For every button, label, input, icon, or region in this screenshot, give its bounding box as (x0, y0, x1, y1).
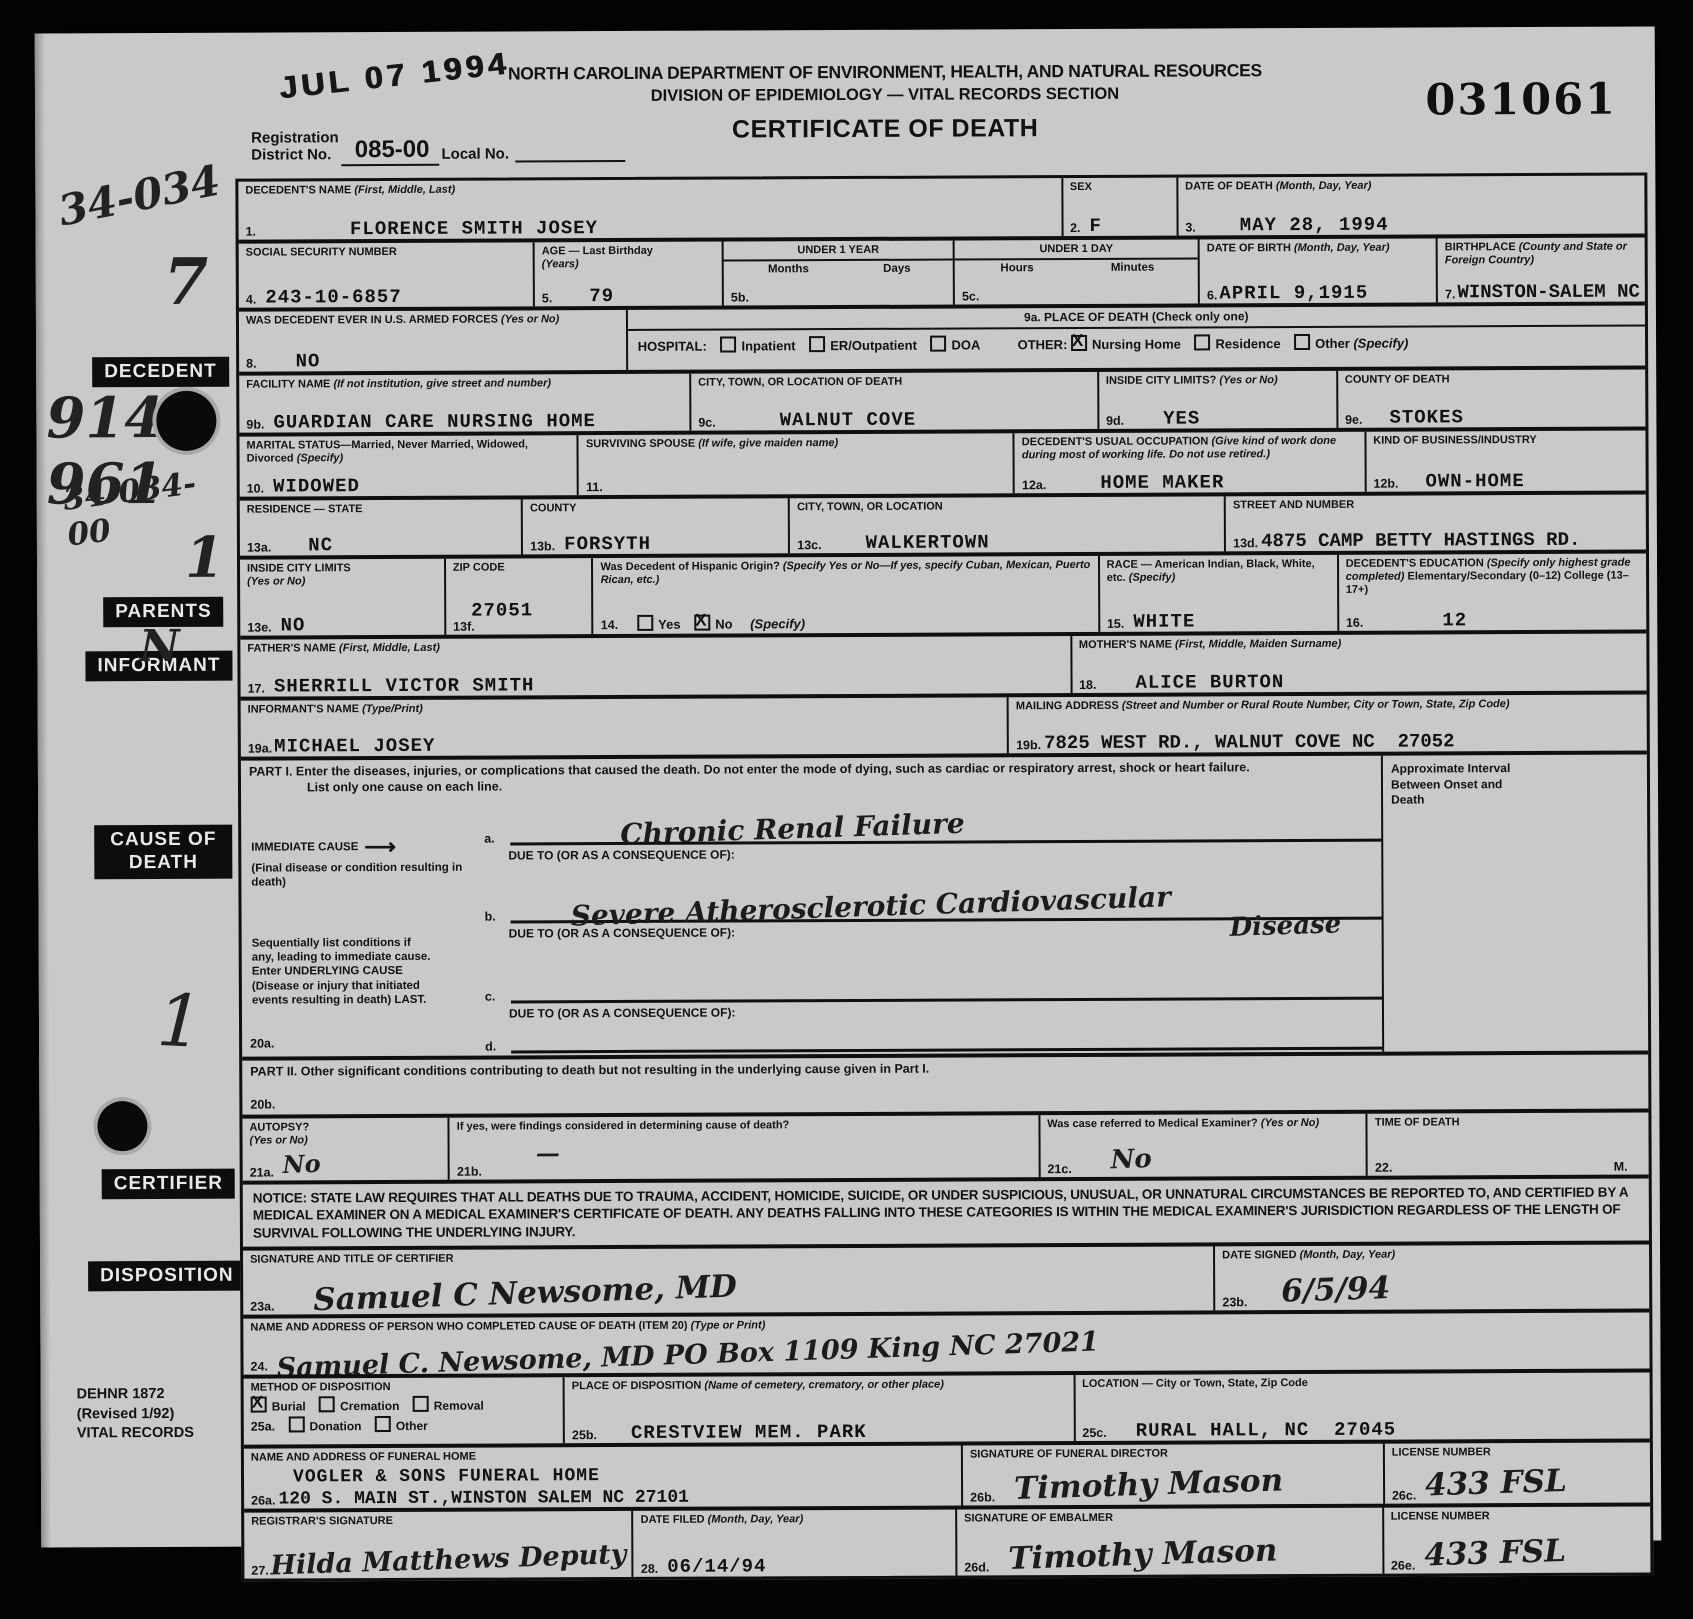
field-decedent-name: DECEDENT'S NAME (First, Middle, Last) 1.… (238, 178, 1061, 240)
form-number: DEHNR 1872 (77, 1385, 194, 1405)
handwritten-embalmer: Timothy Mason (1008, 1532, 1278, 1577)
part1-body: IMMEDIATE CAUSE⟶ (Final disease or condi… (241, 793, 1382, 1057)
row-funeral-home: NAME AND ADDRESS OF FUNERAL HOME VOGLER … (244, 1438, 1650, 1508)
field-date-of-birth: DATE OF BIRTH (Month, Day, Year) 6.APRIL… (1198, 238, 1436, 303)
handwritten-registrar: Hilda Matthews Deputy (270, 1539, 627, 1581)
part1-left-labels: IMMEDIATE CAUSE⟶ (Final disease or condi… (241, 797, 481, 1057)
field-residence-street: STREET AND NUMBER 13d.4875 CAMP BETTY HA… (1224, 495, 1646, 552)
field-disposition-location: LOCATION — City or Town, State, Zip Code… (1073, 1372, 1650, 1441)
row-autopsy: AUTOPSY?(Yes or No) 21a.No If yes, were … (242, 1109, 1648, 1181)
field-industry: KIND OF BUSINESS/INDUSTRY 12b.OWN-HOME (1364, 431, 1645, 492)
row-place-of-death: WAS DECEDENT EVER IN U.S. ARMED FORCES (… (239, 302, 1645, 372)
certificate-number: 031061 (1425, 75, 1617, 126)
local-number-blank (515, 160, 625, 162)
form-table: DECEDENT'S NAME (First, Middle, Last) 1.… (235, 173, 1653, 1582)
department-line: NORTH CAROLINA DEPARTMENT OF ENVIRONMENT… (355, 60, 1415, 86)
field-residence-county: COUNTY 13b.FORSYTH (521, 498, 788, 554)
field-occupation: DECEDENT'S USUAL OCCUPATION (Give kind o… (1013, 432, 1365, 494)
field-certifier-signature: SIGNATURE AND TITLE OF CERTIFIER 23a.Sam… (243, 1246, 1213, 1314)
place-of-death-options: HOSPITAL: Inpatient ER/Outpatient DOA OT… (638, 333, 1645, 354)
handwritten-funeral-director: Timothy Mason (1014, 1462, 1284, 1507)
row-parents: FATHER'S NAME (First, Middle, Last) 17.S… (240, 630, 1646, 697)
field-death-city-limits: INSIDE CITY LIMITS? (Yes or No) 9d.YES (1097, 371, 1336, 429)
section-tab-certifier: CERTIFIER (102, 1169, 235, 1200)
registration-district: Registration District No. 085-00 Local N… (251, 129, 625, 164)
medical-examiner-notice: NOTICE: STATE LAW REQUIRES THAT ALL DEAT… (243, 1175, 1649, 1247)
field-sex: SEX 2.F (1061, 178, 1177, 237)
field-zip-code: ZIP CODE 27051 13f. (444, 558, 592, 635)
handwritten-cause-a: Chronic Renal Failure (620, 807, 965, 851)
field-residence-state: RESIDENCE — STATE 13a.NC (240, 499, 521, 555)
field-autopsy: AUTOPSY?(Yes or No) 21a.No (242, 1118, 448, 1181)
margin-note: 1 (155, 978, 205, 1064)
field-hispanic-origin: Was Decedent of Hispanic Origin? (Specif… (591, 556, 1097, 634)
checkbox-er-outpatient (809, 336, 825, 352)
handwritten-certifier-signature: Samuel C Newsome, MD (313, 1268, 738, 1318)
field-residence-city-limits: INSIDE CITY LIMITS(Yes or No) 13e.NO (240, 559, 444, 636)
field-embalmer-license: LICENSE NUMBER 26e.433 FSL (1382, 1506, 1651, 1573)
field-funeral-director-signature: SIGNATURE OF FUNERAL DIRECTOR 26b.Timoth… (961, 1443, 1383, 1505)
cause-line-c: c. DUE TO (OR AS A CONSEQUENCE OF): (481, 967, 1382, 1021)
field-embalmer-signature: SIGNATURE OF EMBALMER 26d.Timothy Mason (955, 1507, 1382, 1575)
part2-section: PART II. Other significant conditions co… (242, 1051, 1648, 1115)
death-certificate-document: 34-034 7 DECEDENT 914-961 34-034-00 1 PA… (35, 26, 1662, 1547)
handwritten-autopsy: No (283, 1149, 322, 1179)
checkbox-donation (288, 1416, 304, 1432)
checkbox-removal (413, 1396, 429, 1412)
checkbox-doa (930, 336, 946, 352)
handwritten-date-signed: 6/5/94 (1281, 1270, 1391, 1309)
row-informant: INFORMANT'S NAME (Type/Print) 19a.MICHAE… (241, 691, 1647, 757)
section-tab-decedent: DECEDENT (92, 357, 229, 388)
row-marital: MARITAL STATUS—Married, Never Married, W… (239, 427, 1645, 497)
row-demographics: INSIDE CITY LIMITS(Yes or No) 13e.NO ZIP… (240, 550, 1646, 636)
tab-line: CAUSE OF (110, 829, 216, 850)
field-place-of-disposition: PLACE OF DISPOSITION (Name of cemetery, … (563, 1375, 1074, 1443)
row-registrar: REGISTRAR'S SIGNATURE 27.Hilda Matthews … (244, 1502, 1650, 1578)
field-father-name: FATHER'S NAME (First, Middle, Last) 17.S… (240, 636, 1070, 697)
row-disposition: METHOD OF DISPOSITION Burial Cremation R… (244, 1368, 1650, 1444)
cause-lines: a. Chronic Renal Failure DUE TO (OR AS A… (480, 793, 1382, 1056)
checkbox-hispanic-no (694, 615, 710, 631)
row-residence: RESIDENCE — STATE 13a.NC COUNTY 13b.FORS… (240, 491, 1646, 556)
checkbox-other-disposition (375, 1416, 391, 1432)
field-completed-by: NAME AND ADDRESS OF PERSON WHO COMPLETED… (243, 1312, 1649, 1374)
field-ssn: SOCIAL SECURITY NUMBER 4.243-10-6857 (239, 242, 533, 307)
tab-line: DEATH (129, 852, 198, 873)
row-facility: FACILITY NAME (If not institution, give … (239, 366, 1645, 433)
section-tab-cause-of-death: CAUSE OF DEATH (94, 825, 232, 879)
registration-label: Registration District No. (251, 130, 339, 163)
field-birthplace: BIRTHPLACE (County and State or Foreign … (1436, 238, 1645, 303)
part1-main: PART I. Enter the diseases, injuries, or… (241, 756, 1382, 1057)
left-margin: 34-034 7 DECEDENT 914-961 34-034-00 1 PA… (35, 33, 242, 1548)
field-education: DECEDENT'S EDUCATION (Specify only highe… (1337, 554, 1647, 631)
margin-note: 7 (164, 245, 209, 320)
field-date-of-death: DATE OF DEATH (Month, Day, Year) 3.MAY 2… (1176, 176, 1644, 236)
hole-punch (156, 391, 216, 451)
field-registrar-signature: REGISTRAR'S SIGNATURE 27.Hilda Matthews … (244, 1511, 632, 1579)
local-number-label: Local No. (441, 145, 509, 162)
row-ssn-age-birth: SOCIAL SECURITY NUMBER 4.243-10-6857 AGE… (239, 234, 1645, 308)
field-facility-name: FACILITY NAME (If not institution, give … (239, 374, 689, 433)
checkbox-residence (1194, 335, 1210, 351)
margin-note: N (139, 621, 179, 672)
interval-column: Approximate Interval Between Onset and D… (1381, 755, 1648, 1052)
field-mailing-address: MAILING ADDRESS (Street and Number or Ru… (1007, 695, 1647, 754)
row-completed-by: NAME AND ADDRESS OF PERSON WHO COMPLETED… (243, 1308, 1649, 1374)
cause-line-a: a. Chronic Renal Failure DUE TO (OR AS A… (480, 799, 1381, 863)
checkbox-other (1294, 334, 1310, 350)
field-date-signed: DATE SIGNED (Month, Day, Year) 23b.6/5/9… (1213, 1244, 1649, 1310)
division-line: DIVISION OF EPIDEMIOLOGY — VITAL RECORDS… (355, 84, 1415, 108)
margin-note: 34-034 (54, 156, 224, 236)
field-race: RACE — American Indian, Black, White, et… (1098, 555, 1337, 632)
row-certifier-signature: SIGNATURE AND TITLE OF CERTIFIER 23a.Sam… (243, 1240, 1649, 1314)
field-findings-considered: If yes, were findings considered in dete… (448, 1115, 1039, 1180)
part1-cause-of-death: PART I. Enter the diseases, injuries, or… (241, 751, 1648, 1057)
form-org: VITAL RECORDS (77, 1424, 194, 1444)
checkbox-inpatient (720, 337, 736, 353)
form-number-footer: DEHNR 1872 (Revised 1/92) VITAL RECORDS (77, 1385, 194, 1444)
margin-note: 1 (185, 525, 224, 591)
cause-line-d: d. (481, 1025, 1382, 1054)
district-number-value: 085-00 (341, 136, 440, 166)
row-decedent-name: DECEDENT'S NAME (First, Middle, Last) 1.… (238, 176, 1644, 240)
checkbox-cremation (319, 1396, 335, 1412)
scan-background: 34-034 7 DECEDENT 914-961 34-034-00 1 PA… (0, 0, 1693, 1619)
checkbox-nursing-home (1071, 335, 1087, 351)
field-death-city: CITY, TOWN, OR LOCATION OF DEATH 9c.WALN… (689, 372, 1097, 431)
field-marital-status: MARITAL STATUS—Married, Never Married, W… (239, 435, 577, 496)
field-place-of-death: 9a. PLACE OF DEATH (Check only one) HOSP… (626, 306, 1646, 370)
checkbox-hispanic-yes (637, 615, 653, 631)
field-director-license: LICENSE NUMBER 26c.433 FSL (1383, 1442, 1650, 1503)
checkbox-burial (251, 1396, 267, 1412)
cause-line-b: b. Severe Atherosclerotic Cardiovascular… (480, 877, 1381, 941)
certificate-form: JUL 07 1994 NORTH CAROLINA DEPARTMENT OF… (235, 27, 1643, 33)
handwritten-me-referred: No (1110, 1144, 1152, 1175)
funeral-home-name: VOGLER & SONS FUNERAL HOME (293, 1464, 956, 1487)
field-funeral-home: NAME AND ADDRESS OF FUNERAL HOME VOGLER … (244, 1445, 961, 1508)
section-tab-disposition: DISPOSITION (88, 1261, 246, 1292)
field-medical-examiner: Was case referred to Medical Examiner? (… (1038, 1114, 1366, 1177)
field-age: AGE — Last Birthday(Years) 5.79 (533, 242, 722, 307)
handwritten-embalmer-license: 433 FSL (1424, 1533, 1567, 1574)
field-method-of-disposition: METHOD OF DISPOSITION Burial Cremation R… (244, 1377, 563, 1444)
field-residence-city: CITY, TOWN, OR LOCATION 13c.WALKERTOWN (788, 496, 1224, 553)
part1-instructions: PART I. Enter the diseases, injuries, or… (241, 756, 1381, 798)
field-armed-forces: WAS DECEDENT EVER IN U.S. ARMED FORCES (… (239, 310, 626, 372)
field-informant-name: INFORMANT'S NAME (Type/Print) 19a.MICHAE… (241, 697, 1008, 756)
form-revision: (Revised 1/92) (77, 1404, 194, 1424)
hole-punch (97, 1101, 147, 1151)
arrow-icon: ⟶ (364, 833, 394, 861)
handwritten-cause-b2: Disease (1230, 910, 1343, 944)
field-mother-name: MOTHER'S NAME (First, Middle, Maiden Sur… (1070, 634, 1647, 694)
field-death-county: COUNTY OF DEATH 9e.STOKES (1336, 370, 1646, 428)
field-date-filed: DATE FILED (Month, Day, Year) 28.06/14/9… (632, 1509, 956, 1576)
handwritten-findings: — (536, 1138, 560, 1167)
field-time-of-death: TIME OF DEATH 22.M. (1366, 1113, 1649, 1176)
field-under-1-year: UNDER 1 YEAR MonthsDays 5b. (722, 241, 953, 306)
field-surviving-spouse: SURVIVING SPOUSE (If wife, give maiden n… (577, 433, 1013, 495)
handwritten-director-license: 433 FSL (1425, 1463, 1568, 1504)
field-under-1-day: UNDER 1 DAY HoursMinutes 5c. (953, 239, 1198, 304)
